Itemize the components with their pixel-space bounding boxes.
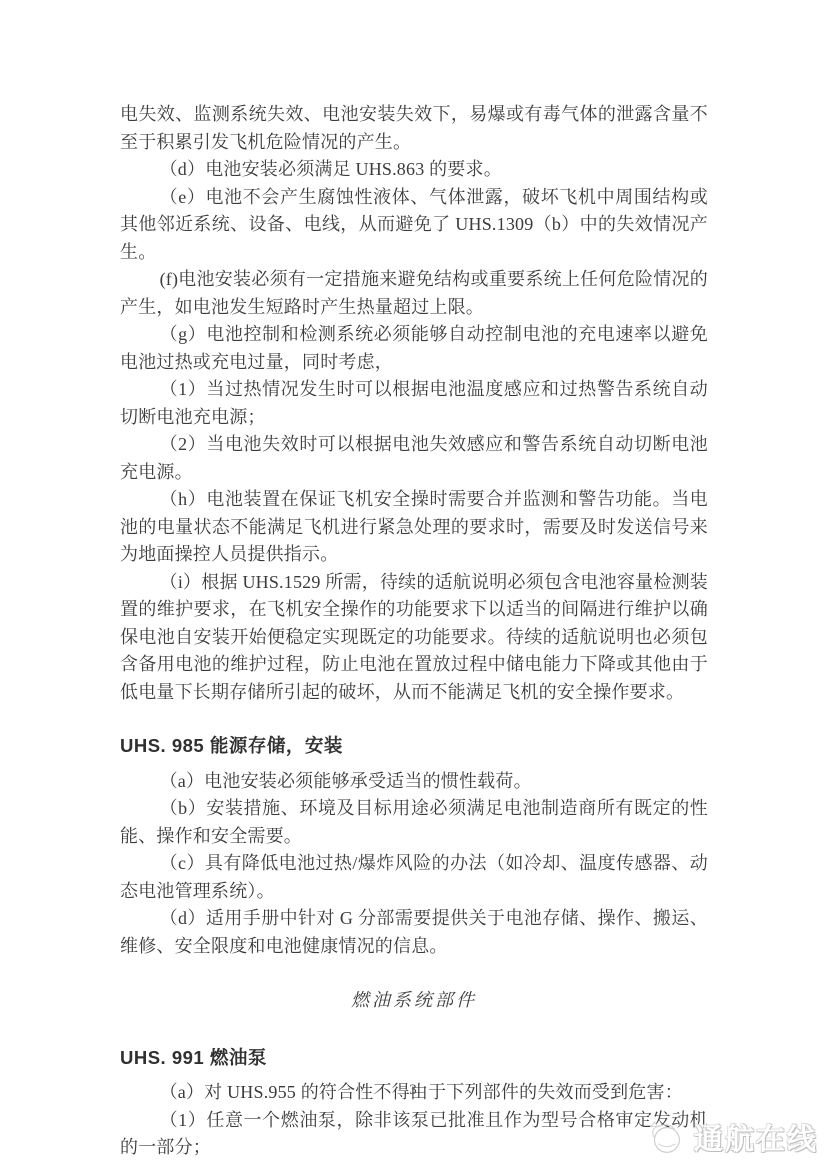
paragraph: （d）适用手册中针对 G 分部需要提供关于电池存储、操作、搬运、维修、安全限度和… — [120, 905, 708, 960]
centered-section-title: 燃油系统部件 — [120, 987, 708, 1015]
section-heading-uhs-985: UHS. 985 能源存储，安装 — [120, 732, 708, 760]
tonghang-online-logo-icon — [645, 1118, 687, 1158]
paragraph: （e）电池不会产生腐蚀性液体、气体泄露，破坏飞机中周围结构或其他邻近系统、设备、… — [120, 184, 708, 267]
paragraph: （i）根据 UHS.1529 所需，待续的适航说明必须包含电池容量检测装置的维护… — [120, 569, 708, 707]
page-number: 3 — [0, 1082, 826, 1099]
paragraph: （2）当电池失效时可以根据电池失效感应和警告系统自动切断电池充电源。 — [120, 431, 708, 486]
paragraph: （h）电池装置在保证飞机安全操时需要合并监测和警告功能。当电池的电量状态不能满足… — [120, 486, 708, 569]
watermark-text: 通航在线 — [694, 1117, 818, 1158]
paragraph: 电失效、监测系统失效、电池安装失效下，易爆或有毒气体的泄露含量不至于积累引发飞机… — [120, 101, 708, 156]
paragraph: （c）具有降低电池过热/爆炸风险的办法（如冷却、温度传感器、动态电池管理系统）。 — [120, 850, 708, 905]
paragraph: （g）电池控制和检测系统必须能够自动控制电池的充电速率以避免电池过热或充电过量，… — [120, 321, 708, 376]
paragraph: （a）电池安装必须能够承受适当的惯性载荷。 — [120, 768, 708, 796]
watermark: 通航在线 — [645, 1117, 818, 1158]
paragraph: (f)电池安装必须有一定措施来避免结构或重要系统上任何危险情况的产生，如电池发生… — [120, 266, 708, 321]
paragraph: （d）电池安装必须满足 UHS.863 的要求。 — [120, 156, 708, 184]
document-body: 电失效、监测系统失效、电池安装失效下，易爆或有毒气体的泄露含量不至于积累引发飞机… — [120, 101, 708, 1162]
paragraph: （b）安装措施、环境及目标用途必须满足电池制造商所有既定的性能、操作和安全需要。 — [120, 795, 708, 850]
paragraph: （1）当过热情况发生时可以根据电池温度感应和过热警告系统自动切断电池充电源； — [120, 376, 708, 431]
paragraph: （1）任意一个燃油泵，除非该泵已批准且作为型号合格审定发动机的一部分； — [120, 1107, 708, 1162]
section-heading-uhs-991: UHS. 991 燃油泵 — [120, 1044, 708, 1072]
document-page: 电失效、监测系统失效、电池安装失效下，易爆或有毒气体的泄露含量不至于积累引发飞机… — [0, 0, 826, 1169]
